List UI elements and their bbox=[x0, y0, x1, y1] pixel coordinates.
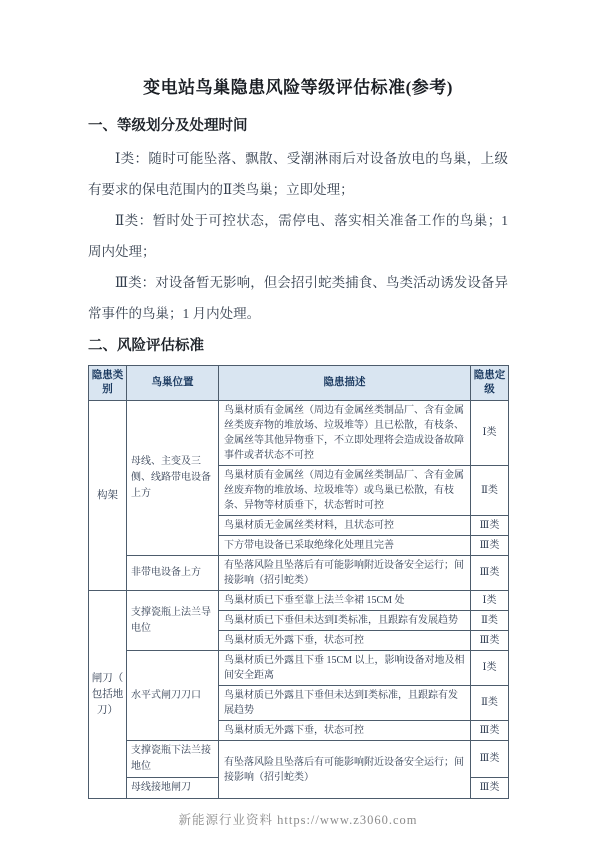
category-cell: 闸刀（包括地刀） bbox=[89, 591, 127, 799]
level-cell: Ⅰ类 bbox=[471, 651, 509, 686]
position-cell: 支撑瓷瓶上法兰导电位 bbox=[127, 591, 219, 651]
document-content: 变电站鸟巢隐患风险等级评估标准(参考) 一、等级划分及处理时间 Ⅰ类：随时可能坠… bbox=[88, 76, 508, 799]
description-cell: 鸟巢材质有金属丝（周边有金属丝类制品厂、含有金属丝类废弃物的堆放场、垃圾堆等）且… bbox=[219, 401, 471, 466]
document-page: 变电站鸟巢隐患风险等级评估标准(参考) 一、等级划分及处理时间 Ⅰ类：随时可能坠… bbox=[0, 0, 596, 842]
description-cell: 鸟巢材质无外露下垂，状态可控 bbox=[219, 631, 471, 651]
paragraph-class-2: Ⅱ类：暂时处于可控状态，需停电、落实相关准备工作的鸟巢；1 周内处理； bbox=[88, 205, 508, 267]
level-cell: Ⅲ类 bbox=[471, 556, 509, 591]
level-cell: Ⅲ类 bbox=[471, 741, 509, 778]
document-title: 变电站鸟巢隐患风险等级评估标准(参考) bbox=[88, 76, 508, 100]
description-cell: 鸟巢材质无外露下垂，状态可控 bbox=[219, 721, 471, 741]
description-cell: 鸟巢材质已外露且下垂但未达到Ⅰ类标准，且跟踪有发展趋势 bbox=[219, 686, 471, 721]
section-heading-risk-standard: 二、风险评估标准 bbox=[88, 336, 508, 357]
level-cell: Ⅲ类 bbox=[471, 536, 509, 556]
position-cell: 非带电设备上方 bbox=[127, 556, 219, 591]
level-cell: Ⅱ类 bbox=[471, 466, 509, 516]
level-cell: Ⅰ类 bbox=[471, 401, 509, 466]
risk-table: 隐患类别 鸟巢位置 隐患描述 隐患定级 构架母线、主变及三侧、线路带电设备上方鸟… bbox=[88, 365, 509, 799]
description-cell: 鸟巢材质已下垂至靠上法兰伞裙 15CM 处 bbox=[219, 591, 471, 611]
level-cell: Ⅰ类 bbox=[471, 591, 509, 611]
level-cell: Ⅲ类 bbox=[471, 516, 509, 536]
description-cell: 鸟巢材质已外露且下垂 15CM 以上，影响设备对地及相间安全距离 bbox=[219, 651, 471, 686]
position-cell: 水平式闸刀刀口 bbox=[127, 651, 219, 741]
table-row: 支撑瓷瓶下法兰接地位有坠落风险且坠落后有可能影响附近设备安全运行；间接影响（招引… bbox=[89, 741, 509, 778]
table-header-row: 隐患类别 鸟巢位置 隐患描述 隐患定级 bbox=[89, 366, 509, 401]
paragraph-class-3: Ⅲ类：对设备暂无影响，但会招引蛇类捕食、鸟类活动诱发设备异常事件的鸟巢；1 月内… bbox=[88, 267, 508, 329]
table-row: 构架母线、主变及三侧、线路带电设备上方鸟巢材质有金属丝（周边有金属丝类制品厂、含… bbox=[89, 401, 509, 466]
table-row: 非带电设备上方有坠落风险且坠落后有可能影响附近设备安全运行；间接影响（招引蛇类）… bbox=[89, 556, 509, 591]
position-cell: 母线、主变及三侧、线路带电设备上方 bbox=[127, 401, 219, 556]
description-cell: 鸟巢材质有金属丝（周边有金属丝类制品厂、含有金属丝废弃物的堆放场、垃圾堆等）或鸟… bbox=[219, 466, 471, 516]
level-cell: Ⅱ类 bbox=[471, 611, 509, 631]
position-cell: 母线接地闸刀 bbox=[127, 778, 219, 799]
category-cell: 构架 bbox=[89, 401, 127, 591]
paragraph-class-1: Ⅰ类：随时可能坠落、飘散、受潮淋雨后对设备放电的鸟巢，上级有要求的保电范围内的Ⅱ… bbox=[88, 143, 508, 205]
description-cell: 有坠落风险且坠落后有可能影响附近设备安全运行；间接影响（招引蛇类） bbox=[219, 556, 471, 591]
description-cell: 下方带电设备已采取绝缘化处理且完善 bbox=[219, 536, 471, 556]
table-row: 水平式闸刀刀口鸟巢材质已外露且下垂 15CM 以上，影响设备对地及相间安全距离Ⅰ… bbox=[89, 651, 509, 686]
description-cell: 鸟巢材质已下垂但未达到Ⅰ类标准，且跟踪有发展趋势 bbox=[219, 611, 471, 631]
table-row: 闸刀（包括地刀）支撑瓷瓶上法兰导电位鸟巢材质已下垂至靠上法兰伞裙 15CM 处Ⅰ… bbox=[89, 591, 509, 611]
level-cell: Ⅱ类 bbox=[471, 686, 509, 721]
level-cell: Ⅲ类 bbox=[471, 631, 509, 651]
header-hazard-description: 隐患描述 bbox=[219, 366, 471, 401]
header-hazard-level: 隐患定级 bbox=[471, 366, 509, 401]
header-hazard-category: 隐患类别 bbox=[89, 366, 127, 401]
level-cell: Ⅲ类 bbox=[471, 778, 509, 799]
description-cell: 有坠落风险且坠落后有可能影响附近设备安全运行；间接影响（招引蛇类） bbox=[219, 741, 471, 799]
header-nest-position: 鸟巢位置 bbox=[127, 366, 219, 401]
section-heading-grade-division: 一、等级划分及处理时间 bbox=[88, 116, 508, 137]
description-cell: 鸟巢材质无金属丝类材料，且状态可控 bbox=[219, 516, 471, 536]
risk-table-body: 构架母线、主变及三侧、线路带电设备上方鸟巢材质有金属丝（周边有金属丝类制品厂、含… bbox=[89, 401, 509, 799]
level-cell: Ⅲ类 bbox=[471, 721, 509, 741]
position-cell: 支撑瓷瓶下法兰接地位 bbox=[127, 741, 219, 778]
footer-watermark: 新能源行业资料 https://www.z3060.com bbox=[0, 810, 596, 828]
